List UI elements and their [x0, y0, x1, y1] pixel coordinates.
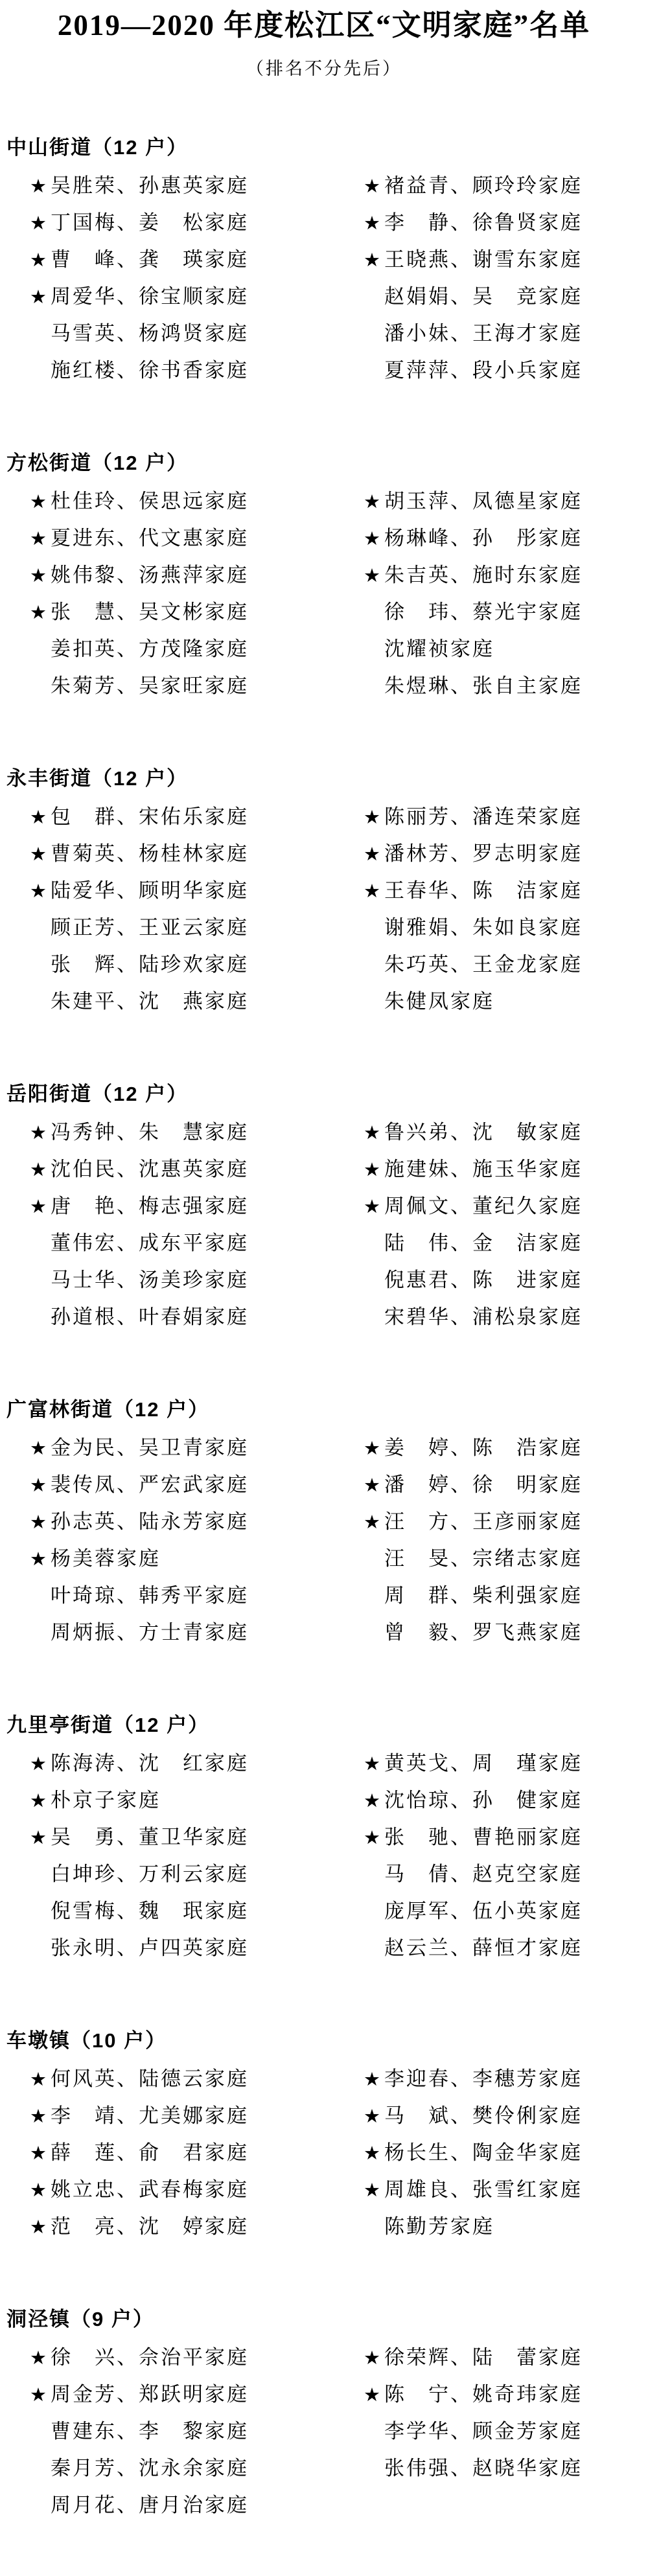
family-entry-text: 张永明、卢四英家庭 — [51, 1937, 249, 1959]
family-entry: 倪惠君、陈 进家庭 — [364, 1269, 583, 1291]
star-icon: ★ — [364, 806, 384, 828]
family-entry: ★杜佳玲、侯思远家庭 — [30, 490, 249, 512]
family-entry-text: 秦月芳、沈永余家庭 — [51, 2457, 249, 2479]
family-entry-text: 潘小妹、王海才家庭 — [384, 322, 583, 345]
family-entry-text: 徐荣辉、陆 蕾家庭 — [384, 2346, 583, 2369]
section-header: 方松街道（12 户） — [0, 451, 648, 475]
family-entry: 朱菊芳、吴家旺家庭 — [30, 675, 249, 697]
family-entry: 曾 毅、罗飞燕家庭 — [364, 1622, 583, 1644]
section-rows: ★徐 兴、佘治平家庭 ★徐荣辉、陆 蕾家庭 ★周金芳、郑跃明家庭 ★陈 宁、姚奇… — [0, 2347, 648, 2531]
family-entry: ★姚立忠、武春梅家庭 — [30, 2179, 249, 2201]
family-row: 倪雪梅、魏 珉家庭 庞厚军、伍小英家庭 — [0, 1900, 648, 1937]
family-entry-text: 白坤珍、万利云家庭 — [51, 1863, 249, 1885]
section-header: 洞泾镇（9 户） — [0, 2307, 648, 2331]
family-entry: ★胡玉萍、凤德星家庭 — [364, 490, 583, 512]
section: 九里亭街道（12 户） ★陈海涛、沈 红家庭 ★黄英戈、周 瑾家庭 ★朴京子家庭… — [0, 1713, 648, 1974]
family-entry-text: 潘林芳、罗志明家庭 — [384, 842, 583, 865]
family-entry-text: 宋碧华、浦松泉家庭 — [384, 1305, 583, 1328]
family-entry: 孙道根、叶春娟家庭 — [30, 1306, 249, 1328]
family-row: ★陈海涛、沈 红家庭 ★黄英戈、周 瑾家庭 — [0, 1753, 648, 1789]
star-icon: ★ — [30, 2384, 51, 2406]
family-entry-text: 倪惠君、陈 进家庭 — [384, 1269, 583, 1291]
family-row: ★包 群、宋佑乐家庭 ★陈丽芳、潘连荣家庭 — [0, 806, 648, 843]
star-icon: ★ — [364, 1826, 384, 1848]
family-entry-text: 吴 勇、董卫华家庭 — [51, 1826, 249, 1848]
family-row: ★李 靖、尤美娜家庭 ★马 斌、樊伶俐家庭 — [0, 2105, 648, 2142]
family-entry: 陆 伟、金 洁家庭 — [364, 1232, 583, 1254]
star-icon: ★ — [30, 880, 51, 902]
family-entry: ★徐 兴、佘治平家庭 — [30, 2347, 249, 2369]
family-entry-text: 杨美蓉家庭 — [51, 1547, 161, 1570]
star-icon: ★ — [364, 2347, 384, 2369]
section-rows: ★吴胜荣、孙惠英家庭 ★褚益青、顾玲玲家庭 ★丁国梅、姜 松家庭 ★李 静、徐鲁… — [0, 175, 648, 397]
family-entry: 施红楼、徐书香家庭 — [30, 360, 249, 382]
family-row: ★范 亮、沈 婷家庭 陈勤芳家庭 — [0, 2216, 648, 2253]
family-entry-text: 姜扣英、方茂隆家庭 — [51, 638, 249, 660]
family-entry: ★孙志英、陆永芳家庭 — [30, 1511, 249, 1533]
family-row: ★周金芳、郑跃明家庭 ★陈 宁、姚奇玮家庭 — [0, 2384, 648, 2421]
star-icon: ★ — [30, 2068, 51, 2090]
family-entry: ★潘林芳、罗志明家庭 — [364, 843, 583, 865]
family-entry-text: 周佩文、董纪久家庭 — [384, 1195, 583, 1217]
family-entry-text: 薛 莲、俞 君家庭 — [51, 2141, 249, 2164]
section-rows: ★冯秀钟、朱 慧家庭 ★鲁兴弟、沈 敏家庭 ★沈伯民、沈惠英家庭 ★施建妹、施玉… — [0, 1121, 648, 1343]
page-subtitle: （排名不分先后） — [0, 54, 648, 80]
family-row: 叶琦琼、韩秀平家庭 周 群、柴利强家庭 — [0, 1585, 648, 1622]
family-entry: 朱巧英、王金龙家庭 — [364, 954, 583, 976]
section: 岳阳街道（12 户） ★冯秀钟、朱 慧家庭 ★鲁兴弟、沈 敏家庭 ★沈伯民、沈惠… — [0, 1082, 648, 1343]
family-entry: 姜扣英、方茂隆家庭 — [30, 638, 249, 660]
family-row: 周月花、唐月治家庭 — [0, 2494, 648, 2531]
family-entry-text: 唐 艳、梅志强家庭 — [51, 1195, 249, 1217]
section-rows: ★何风英、陆德云家庭 ★李迎春、李穗芳家庭 ★李 靖、尤美娜家庭 ★马 斌、樊伶… — [0, 2068, 648, 2253]
family-entry-text: 周金芳、郑跃明家庭 — [51, 2383, 249, 2406]
family-row: ★孙志英、陆永芳家庭 ★汪 方、王彦丽家庭 — [0, 1511, 648, 1548]
star-icon: ★ — [364, 249, 384, 271]
family-entry: ★杨美蓉家庭 — [30, 1548, 161, 1570]
family-entry-text: 杨长生、陶金华家庭 — [384, 2141, 583, 2164]
star-icon: ★ — [30, 1753, 51, 1775]
family-entry: ★姚伟黎、汤燕萍家庭 — [30, 564, 249, 586]
family-entry: ★王晓燕、谢雪东家庭 — [364, 249, 583, 271]
star-icon: ★ — [30, 601, 51, 623]
family-entry-text: 朱建平、沈 燕家庭 — [51, 990, 249, 1013]
section-rows: ★杜佳玲、侯思远家庭 ★胡玉萍、凤德星家庭 ★夏进东、代文惠家庭 ★杨琳峰、孙 … — [0, 490, 648, 712]
family-entry: ★王春华、陈 洁家庭 — [364, 880, 583, 902]
family-entry: 顾正芳、王亚云家庭 — [30, 917, 249, 939]
family-entry: ★姜 婷、陈 浩家庭 — [364, 1437, 583, 1459]
star-icon: ★ — [30, 564, 51, 586]
star-icon: ★ — [364, 1158, 384, 1180]
family-entry-text: 李学华、顾金芳家庭 — [384, 2420, 583, 2443]
star-icon: ★ — [30, 2105, 51, 2127]
family-entry-text: 沈伯民、沈惠英家庭 — [51, 1158, 249, 1180]
family-entry-text: 包 群、宋佑乐家庭 — [51, 805, 249, 828]
star-icon: ★ — [364, 2179, 384, 2201]
section-header: 广富林街道（12 户） — [0, 1397, 648, 1421]
family-entry-text: 朱吉英、施时东家庭 — [384, 564, 583, 586]
family-entry-text: 杜佳玲、侯思远家庭 — [51, 490, 249, 512]
family-entry: ★朱吉英、施时东家庭 — [364, 564, 583, 586]
star-icon: ★ — [364, 564, 384, 586]
family-entry-text: 陈 宁、姚奇玮家庭 — [384, 2383, 583, 2406]
star-icon: ★ — [30, 1548, 51, 1570]
family-entry: 周月花、唐月治家庭 — [30, 2494, 249, 2516]
star-icon: ★ — [30, 1789, 51, 1811]
family-row: 姜扣英、方茂隆家庭 沈耀祯家庭 — [0, 638, 648, 675]
family-entry: 马雪英、杨鸿贤家庭 — [30, 323, 249, 345]
family-entry: 周 群、柴利强家庭 — [364, 1585, 583, 1607]
family-entry-text: 倪雪梅、魏 珉家庭 — [51, 1900, 249, 1922]
family-entry-text: 朱巧英、王金龙家庭 — [384, 953, 583, 976]
family-entry: 倪雪梅、魏 珉家庭 — [30, 1900, 249, 1922]
star-icon: ★ — [30, 1195, 51, 1217]
section: 车墩镇（10 户） ★何风英、陆德云家庭 ★李迎春、李穗芳家庭 ★李 靖、尤美娜… — [0, 2029, 648, 2253]
family-entry-text: 姚伟黎、汤燕萍家庭 — [51, 564, 249, 586]
family-entry: 朱煜琳、张自主家庭 — [364, 675, 583, 697]
star-icon: ★ — [30, 1826, 51, 1848]
family-entry: 董伟宏、成东平家庭 — [30, 1232, 249, 1254]
section-header: 九里亭街道（12 户） — [0, 1713, 648, 1737]
family-entry-text: 陆爱华、顾明华家庭 — [51, 879, 249, 902]
family-entry-text: 褚益青、顾玲玲家庭 — [384, 174, 583, 197]
star-icon: ★ — [364, 880, 384, 902]
family-entry-text: 黄英戈、周 瑾家庭 — [384, 1752, 583, 1775]
page-title: 2019—2020 年度松江区“文明家庭”名单 — [0, 9, 648, 43]
family-entry: ★吴 勇、董卫华家庭 — [30, 1826, 249, 1848]
family-entry-text: 姜 婷、陈 浩家庭 — [384, 1436, 583, 1459]
family-entry-text: 陈丽芳、潘连荣家庭 — [384, 805, 583, 828]
family-entry-text: 吴胜荣、孙惠英家庭 — [51, 174, 249, 197]
family-row: ★沈伯民、沈惠英家庭 ★施建妹、施玉华家庭 — [0, 1158, 648, 1195]
family-entry-text: 李 靖、尤美娜家庭 — [51, 2104, 249, 2127]
family-entry: ★李 靖、尤美娜家庭 — [30, 2105, 249, 2127]
family-entry: ★唐 艳、梅志强家庭 — [30, 1195, 249, 1217]
family-row: ★姚立忠、武春梅家庭 ★周雄良、张雪红家庭 — [0, 2179, 648, 2216]
family-entry: ★吴胜荣、孙惠英家庭 — [30, 175, 249, 197]
family-row: 孙道根、叶春娟家庭 宋碧华、浦松泉家庭 — [0, 1306, 648, 1343]
family-entry-text: 陈海涛、沈 红家庭 — [51, 1752, 249, 1775]
family-entry-text: 庞厚军、伍小英家庭 — [384, 1900, 583, 1922]
family-entry-text: 施红楼、徐书香家庭 — [51, 359, 249, 382]
section-rows: ★金为民、吴卫青家庭 ★姜 婷、陈 浩家庭 ★裴传凤、严宏武家庭 ★潘 婷、徐 … — [0, 1437, 648, 1659]
family-entry: 夏萍萍、段小兵家庭 — [364, 360, 583, 382]
family-entry-text: 孙志英、陆永芳家庭 — [51, 1510, 249, 1533]
family-row: 顾正芳、王亚云家庭 谢雅娟、朱如良家庭 — [0, 917, 648, 954]
family-row: ★曹菊英、杨桂林家庭 ★潘林芳、罗志明家庭 — [0, 843, 648, 880]
section: 洞泾镇（9 户） ★徐 兴、佘治平家庭 ★徐荣辉、陆 蕾家庭 ★周金芳、郑跃明家… — [0, 2307, 648, 2531]
family-entry-text: 孙道根、叶春娟家庭 — [51, 1305, 249, 1328]
section: 中山街道（12 户） ★吴胜荣、孙惠英家庭 ★褚益青、顾玲玲家庭 ★丁国梅、姜 … — [0, 135, 648, 397]
star-icon: ★ — [30, 2179, 51, 2201]
family-row: ★姚伟黎、汤燕萍家庭 ★朱吉英、施时东家庭 — [0, 564, 648, 601]
family-entry: 马 倩、赵克空家庭 — [364, 1863, 583, 1885]
star-icon: ★ — [364, 212, 384, 234]
family-entry-text: 朱健凤家庭 — [384, 990, 494, 1013]
family-entry: ★曹菊英、杨桂林家庭 — [30, 843, 249, 865]
family-entry: ★冯秀钟、朱 慧家庭 — [30, 1121, 249, 1144]
family-entry-text: 周雄良、张雪红家庭 — [384, 2178, 583, 2201]
family-entry-text: 张 驰、曹艳丽家庭 — [384, 1826, 583, 1848]
section: 永丰街道（12 户） ★包 群、宋佑乐家庭 ★陈丽芳、潘连荣家庭 ★曹菊英、杨桂… — [0, 766, 648, 1028]
star-icon: ★ — [364, 1511, 384, 1533]
family-row: ★徐 兴、佘治平家庭 ★徐荣辉、陆 蕾家庭 — [0, 2347, 648, 2384]
family-row: ★何风英、陆德云家庭 ★李迎春、李穗芳家庭 — [0, 2068, 648, 2105]
family-entry: 赵娟娟、吴 竞家庭 — [364, 286, 583, 308]
document: 2019—2020 年度松江区“文明家庭”名单 （排名不分先后） 中山街道（12… — [0, 0, 648, 2531]
family-row: ★金为民、吴卫青家庭 ★姜 婷、陈 浩家庭 — [0, 1437, 648, 1474]
family-entry-text: 金为民、吴卫青家庭 — [51, 1436, 249, 1459]
family-entry: 潘小妹、王海才家庭 — [364, 323, 583, 345]
family-entry-text: 何风英、陆德云家庭 — [51, 2067, 249, 2090]
family-entry: ★黄英戈、周 瑾家庭 — [364, 1753, 583, 1775]
star-icon: ★ — [364, 527, 384, 549]
family-entry-text: 曹菊英、杨桂林家庭 — [51, 842, 249, 865]
family-row: ★陆爱华、顾明华家庭 ★王春华、陈 洁家庭 — [0, 880, 648, 917]
family-entry-text: 徐 兴、佘治平家庭 — [51, 2346, 249, 2369]
family-entry-text: 杨琳峰、孙 彤家庭 — [384, 527, 583, 549]
family-entry: ★夏进东、代文惠家庭 — [30, 527, 249, 549]
section-header: 中山街道（12 户） — [0, 135, 648, 159]
star-icon: ★ — [30, 843, 51, 865]
family-entry-text: 施建妹、施玉华家庭 — [384, 1158, 583, 1180]
family-row: 张 辉、陆珍欢家庭 朱巧英、王金龙家庭 — [0, 954, 648, 991]
family-entry-text: 谢雅娟、朱如良家庭 — [384, 916, 583, 939]
family-entry-text: 胡玉萍、凤德星家庭 — [384, 490, 583, 512]
family-entry: ★周雄良、张雪红家庭 — [364, 2179, 583, 2201]
family-row: ★张 慧、吴文彬家庭 徐 玮、蔡光宇家庭 — [0, 601, 648, 638]
family-row: ★冯秀钟、朱 慧家庭 ★鲁兴弟、沈 敏家庭 — [0, 1121, 648, 1158]
star-icon: ★ — [364, 2384, 384, 2406]
family-entry-text: 汪 旻、宗绪志家庭 — [384, 1547, 583, 1570]
family-entry-text: 张伟强、赵晓华家庭 — [384, 2457, 583, 2479]
family-entry: ★张 驰、曹艳丽家庭 — [364, 1826, 583, 1848]
family-entry: ★徐荣辉、陆 蕾家庭 — [364, 2347, 583, 2369]
star-icon: ★ — [30, 490, 51, 512]
section-header: 岳阳街道（12 户） — [0, 1082, 648, 1106]
family-entry-text: 朱煜琳、张自主家庭 — [384, 674, 583, 697]
section-header: 车墩镇（10 户） — [0, 2029, 648, 2053]
family-entry: 马士华、汤美珍家庭 — [30, 1269, 249, 1291]
section-rows: ★包 群、宋佑乐家庭 ★陈丽芳、潘连荣家庭 ★曹菊英、杨桂林家庭 ★潘林芳、罗志… — [0, 806, 648, 1028]
star-icon: ★ — [30, 1511, 51, 1533]
family-entry-text: 董伟宏、成东平家庭 — [51, 1232, 249, 1254]
family-entry: 李学华、顾金芳家庭 — [364, 2421, 583, 2443]
family-entry-text: 李迎春、李穗芳家庭 — [384, 2067, 583, 2090]
family-entry-text: 陆 伟、金 洁家庭 — [384, 1232, 583, 1254]
family-row: 白坤珍、万利云家庭 马 倩、赵克空家庭 — [0, 1863, 648, 1900]
family-entry-text: 汪 方、王彦丽家庭 — [384, 1510, 583, 1533]
family-entry: ★潘 婷、徐 明家庭 — [364, 1474, 583, 1496]
family-row: 朱建平、沈 燕家庭 朱健凤家庭 — [0, 991, 648, 1028]
family-entry-text: 李 静、徐鲁贤家庭 — [384, 211, 583, 234]
family-entry-text: 赵娟娟、吴 竞家庭 — [384, 285, 583, 308]
family-entry-text: 马 倩、赵克空家庭 — [384, 1863, 583, 1885]
star-icon: ★ — [364, 2068, 384, 2090]
family-entry: ★范 亮、沈 婷家庭 — [30, 2216, 249, 2238]
family-row: ★朴京子家庭 ★沈怡琼、孙 健家庭 — [0, 1789, 648, 1826]
sections-list: 中山街道（12 户） ★吴胜荣、孙惠英家庭 ★褚益青、顾玲玲家庭 ★丁国梅、姜 … — [0, 135, 648, 2531]
family-entry: ★李迎春、李穗芳家庭 — [364, 2068, 583, 2090]
section-header: 永丰街道（12 户） — [0, 766, 648, 790]
star-icon: ★ — [30, 806, 51, 828]
star-icon: ★ — [364, 1121, 384, 1144]
family-entry: 曹建东、李 黎家庭 — [30, 2421, 249, 2443]
family-row: 马雪英、杨鸿贤家庭 潘小妹、王海才家庭 — [0, 323, 648, 360]
family-entry-text: 王晓燕、谢雪东家庭 — [384, 248, 583, 271]
family-entry: 白坤珍、万利云家庭 — [30, 1863, 249, 1885]
family-entry-text: 周炳振、方士青家庭 — [51, 1621, 249, 1644]
star-icon: ★ — [364, 1789, 384, 1811]
star-icon: ★ — [364, 1474, 384, 1496]
family-row: ★薛 莲、俞 君家庭 ★杨长生、陶金华家庭 — [0, 2142, 648, 2179]
family-entry: ★丁国梅、姜 松家庭 — [30, 212, 249, 234]
family-entry: ★杨长生、陶金华家庭 — [364, 2142, 583, 2164]
family-entry: ★张 慧、吴文彬家庭 — [30, 601, 249, 623]
family-entry-text: 曹建东、李 黎家庭 — [51, 2420, 249, 2443]
family-entry-text: 曾 毅、罗飞燕家庭 — [384, 1621, 583, 1644]
family-entry: 徐 玮、蔡光宇家庭 — [364, 601, 583, 623]
family-entry: ★周佩文、董纪久家庭 — [364, 1195, 583, 1217]
star-icon: ★ — [364, 490, 384, 512]
star-icon: ★ — [364, 1753, 384, 1775]
star-icon: ★ — [364, 2142, 384, 2164]
star-icon: ★ — [30, 175, 51, 197]
family-entry-text: 冯秀钟、朱 慧家庭 — [51, 1121, 249, 1144]
family-entry-text: 曹 峰、龚 瑛家庭 — [51, 248, 249, 271]
family-entry: 张伟强、赵晓华家庭 — [364, 2457, 583, 2479]
family-row: 曹建东、李 黎家庭 李学华、顾金芳家庭 — [0, 2421, 648, 2457]
family-entry-text: 赵云兰、薛恒才家庭 — [384, 1937, 583, 1959]
family-entry: ★陈 宁、姚奇玮家庭 — [364, 2384, 583, 2406]
star-icon: ★ — [30, 2142, 51, 2164]
section: 方松街道（12 户） ★杜佳玲、侯思远家庭 ★胡玉萍、凤德星家庭 ★夏进东、代文… — [0, 451, 648, 712]
star-icon: ★ — [30, 1437, 51, 1459]
star-icon: ★ — [30, 1121, 51, 1144]
family-entry: 汪 旻、宗绪志家庭 — [364, 1548, 583, 1570]
family-entry-text: 沈耀祯家庭 — [384, 638, 494, 660]
family-entry: ★施建妹、施玉华家庭 — [364, 1158, 583, 1180]
family-entry-text: 马雪英、杨鸿贤家庭 — [51, 322, 249, 345]
star-icon: ★ — [364, 1437, 384, 1459]
family-entry: 叶琦琼、韩秀平家庭 — [30, 1585, 249, 1607]
family-entry: ★包 群、宋佑乐家庭 — [30, 806, 249, 828]
family-entry-text: 顾正芳、王亚云家庭 — [51, 916, 249, 939]
family-row: ★杜佳玲、侯思远家庭 ★胡玉萍、凤德星家庭 — [0, 490, 648, 527]
family-entry: 沈耀祯家庭 — [364, 638, 494, 660]
family-entry: ★裴传凤、严宏武家庭 — [30, 1474, 249, 1496]
family-row: ★丁国梅、姜 松家庭 ★李 静、徐鲁贤家庭 — [0, 212, 648, 249]
star-icon: ★ — [30, 249, 51, 271]
family-entry-text: 叶琦琼、韩秀平家庭 — [51, 1584, 249, 1607]
family-entry: ★薛 莲、俞 君家庭 — [30, 2142, 249, 2164]
family-entry: ★朴京子家庭 — [30, 1789, 161, 1811]
family-entry-text: 王春华、陈 洁家庭 — [384, 879, 583, 902]
family-row: ★裴传凤、严宏武家庭 ★潘 婷、徐 明家庭 — [0, 1474, 648, 1511]
family-entry-text: 朴京子家庭 — [51, 1789, 161, 1811]
family-entry-text: 丁国梅、姜 松家庭 — [51, 211, 249, 234]
family-entry: ★杨琳峰、孙 彤家庭 — [364, 527, 583, 549]
family-row: ★周爱华、徐宝顺家庭 赵娟娟、吴 竞家庭 — [0, 286, 648, 323]
star-icon: ★ — [364, 1195, 384, 1217]
family-entry: 朱健凤家庭 — [364, 991, 494, 1013]
family-row: ★吴 勇、董卫华家庭 ★张 驰、曹艳丽家庭 — [0, 1826, 648, 1863]
family-entry-text: 马 斌、樊伶俐家庭 — [384, 2104, 583, 2127]
star-icon: ★ — [30, 1474, 51, 1496]
family-entry: ★周爱华、徐宝顺家庭 — [30, 286, 249, 308]
family-row: ★吴胜荣、孙惠英家庭 ★褚益青、顾玲玲家庭 — [0, 175, 648, 212]
family-row: 周炳振、方士青家庭 曾 毅、罗飞燕家庭 — [0, 1622, 648, 1659]
family-entry: ★沈伯民、沈惠英家庭 — [30, 1158, 249, 1180]
family-entry: ★周金芳、郑跃明家庭 — [30, 2384, 249, 2406]
family-entry-text: 周 群、柴利强家庭 — [384, 1584, 583, 1607]
family-entry-text: 陈勤芳家庭 — [384, 2215, 494, 2238]
family-entry: ★何风英、陆德云家庭 — [30, 2068, 249, 2090]
family-entry: 宋碧华、浦松泉家庭 — [364, 1306, 583, 1328]
family-entry: ★李 静、徐鲁贤家庭 — [364, 212, 583, 234]
family-row: ★夏进东、代文惠家庭 ★杨琳峰、孙 彤家庭 — [0, 527, 648, 564]
family-entry: 张永明、卢四英家庭 — [30, 1937, 249, 1959]
family-entry: ★汪 方、王彦丽家庭 — [364, 1511, 583, 1533]
family-entry: ★曹 峰、龚 瑛家庭 — [30, 249, 249, 271]
family-row: 朱菊芳、吴家旺家庭 朱煜琳、张自主家庭 — [0, 675, 648, 712]
family-entry: ★陆爱华、顾明华家庭 — [30, 880, 249, 902]
family-entry-text: 周月花、唐月治家庭 — [51, 2494, 249, 2516]
family-entry: ★陈海涛、沈 红家庭 — [30, 1753, 249, 1775]
family-entry: ★鲁兴弟、沈 敏家庭 — [364, 1121, 583, 1144]
family-entry-text: 朱菊芳、吴家旺家庭 — [51, 674, 249, 697]
family-entry: 朱建平、沈 燕家庭 — [30, 991, 249, 1013]
star-icon: ★ — [30, 2347, 51, 2369]
star-icon: ★ — [30, 527, 51, 549]
family-row: 施红楼、徐书香家庭 夏萍萍、段小兵家庭 — [0, 360, 648, 397]
family-entry: 庞厚军、伍小英家庭 — [364, 1900, 583, 1922]
family-entry-text: 裴传凤、严宏武家庭 — [51, 1473, 249, 1496]
family-entry-text: 周爱华、徐宝顺家庭 — [51, 285, 249, 308]
family-row: ★曹 峰、龚 瑛家庭 ★王晓燕、谢雪东家庭 — [0, 249, 648, 286]
family-entry-text: 马士华、汤美珍家庭 — [51, 1269, 249, 1291]
family-row: 董伟宏、成东平家庭 陆 伟、金 洁家庭 — [0, 1232, 648, 1269]
family-entry: 秦月芳、沈永余家庭 — [30, 2457, 249, 2479]
family-entry: 赵云兰、薛恒才家庭 — [364, 1937, 583, 1959]
family-entry-text: 沈怡琼、孙 健家庭 — [384, 1789, 583, 1811]
star-icon: ★ — [364, 2105, 384, 2127]
family-entry-text: 鲁兴弟、沈 敏家庭 — [384, 1121, 583, 1144]
family-entry-text: 张 辉、陆珍欢家庭 — [51, 953, 249, 976]
family-entry-text: 姚立忠、武春梅家庭 — [51, 2178, 249, 2201]
family-entry-text: 潘 婷、徐 明家庭 — [384, 1473, 583, 1496]
star-icon: ★ — [364, 175, 384, 197]
family-row: ★唐 艳、梅志强家庭 ★周佩文、董纪久家庭 — [0, 1195, 648, 1232]
family-entry: ★马 斌、樊伶俐家庭 — [364, 2105, 583, 2127]
family-entry-text: 夏进东、代文惠家庭 — [51, 527, 249, 549]
family-entry-text: 范 亮、沈 婷家庭 — [51, 2215, 249, 2238]
star-icon: ★ — [30, 286, 51, 308]
family-row: 张永明、卢四英家庭 赵云兰、薛恒才家庭 — [0, 1937, 648, 1974]
family-entry: 周炳振、方士青家庭 — [30, 1622, 249, 1644]
family-entry: ★陈丽芳、潘连荣家庭 — [364, 806, 583, 828]
star-icon: ★ — [30, 212, 51, 234]
family-entry: 张 辉、陆珍欢家庭 — [30, 954, 249, 976]
family-entry-text: 夏萍萍、段小兵家庭 — [384, 359, 583, 382]
section-rows: ★陈海涛、沈 红家庭 ★黄英戈、周 瑾家庭 ★朴京子家庭 ★沈怡琼、孙 健家庭 … — [0, 1753, 648, 1974]
family-entry: 陈勤芳家庭 — [364, 2216, 494, 2238]
family-row: 秦月芳、沈永余家庭 张伟强、赵晓华家庭 — [0, 2457, 648, 2494]
family-entry: ★沈怡琼、孙 健家庭 — [364, 1789, 583, 1811]
family-row: 马士华、汤美珍家庭 倪惠君、陈 进家庭 — [0, 1269, 648, 1306]
star-icon: ★ — [30, 1158, 51, 1180]
family-entry: 谢雅娟、朱如良家庭 — [364, 917, 583, 939]
